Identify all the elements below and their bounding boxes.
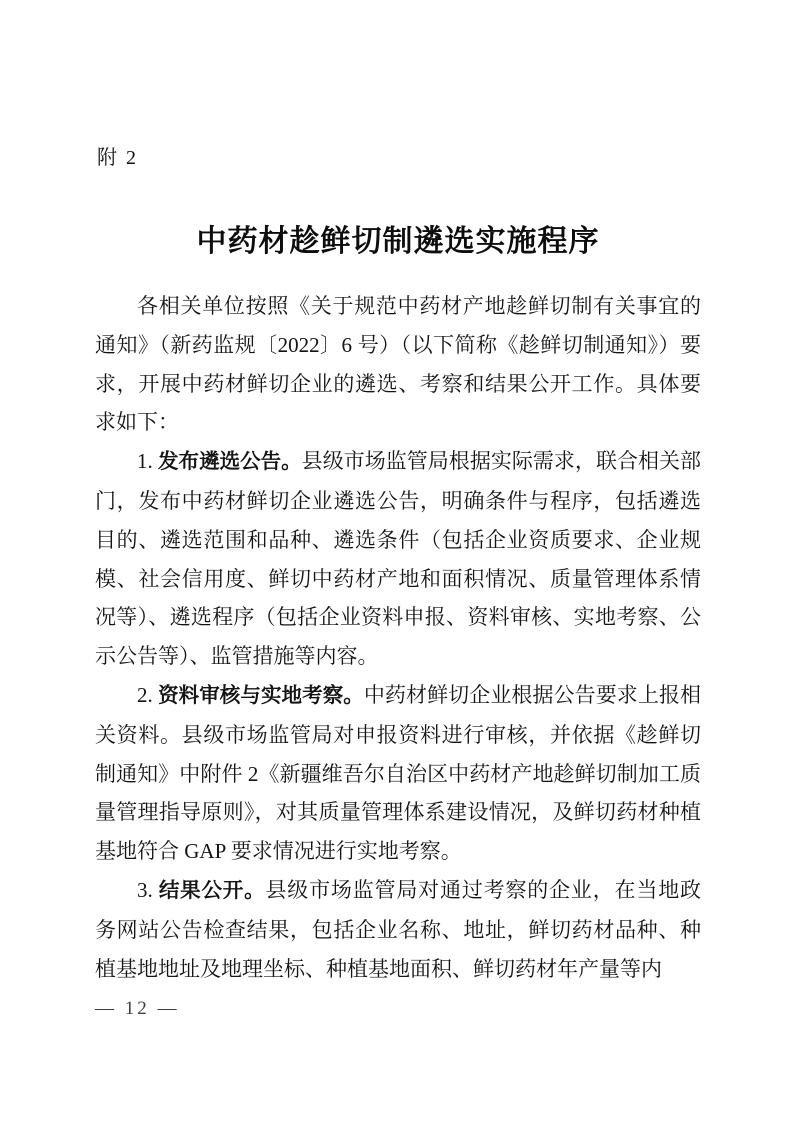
text-segment: 1.: [137, 449, 158, 473]
document-body: 各相关单位按照《关于规范中药材产地趁鲜切制有关事宜的通知》（新药监规〔2022〕…: [95, 287, 701, 988]
section-heading: 结果公开。: [159, 879, 266, 902]
section-heading: 资料审核与实地考察。: [158, 684, 364, 707]
document-title: 中药材趁鲜切制遴选实施程序: [95, 216, 701, 260]
page-number: — 12 —: [95, 998, 180, 1020]
document-page: 附 2 中药材趁鲜切制遴选实施程序 各相关单位按照《关于规范中药材产地趁鲜切制有…: [0, 0, 793, 1122]
section-heading: 发布遴选公告。: [158, 450, 302, 473]
text-segment: 各相关单位按照《关于规范中药材产地趁鲜切制有关事宜的通知》（新药监规〔2022〕…: [95, 294, 701, 434]
paragraph: 3. 结果公开。县级市场监管局对通过考察的企业，在当地政务网站公告检查结果，包括…: [95, 871, 701, 988]
paragraph: 1. 发布遴选公告。县级市场监管局根据实际需求，联合相关部门，发布中药材鲜切企业…: [95, 442, 701, 676]
text-segment: 2.: [137, 683, 158, 707]
paragraph: 各相关单位按照《关于规范中药材产地趁鲜切制有关事宜的通知》（新药监规〔2022〕…: [95, 287, 701, 442]
paragraph: 2. 资料审核与实地考察。中药材鲜切企业根据公告要求上报相关资料。县级市场监管局…: [95, 676, 701, 871]
attachment-label: 附 2: [97, 141, 138, 170]
text-segment: 中药材鲜切企业根据公告要求上报相关资料。县级市场监管局对申报资料进行审核，并依据…: [95, 683, 701, 863]
text-segment: 3.: [137, 878, 159, 902]
text-segment: 县级市场监管局根据实际需求，联合相关部门，发布中药材鲜切企业遴选公告，明确条件与…: [95, 449, 701, 668]
